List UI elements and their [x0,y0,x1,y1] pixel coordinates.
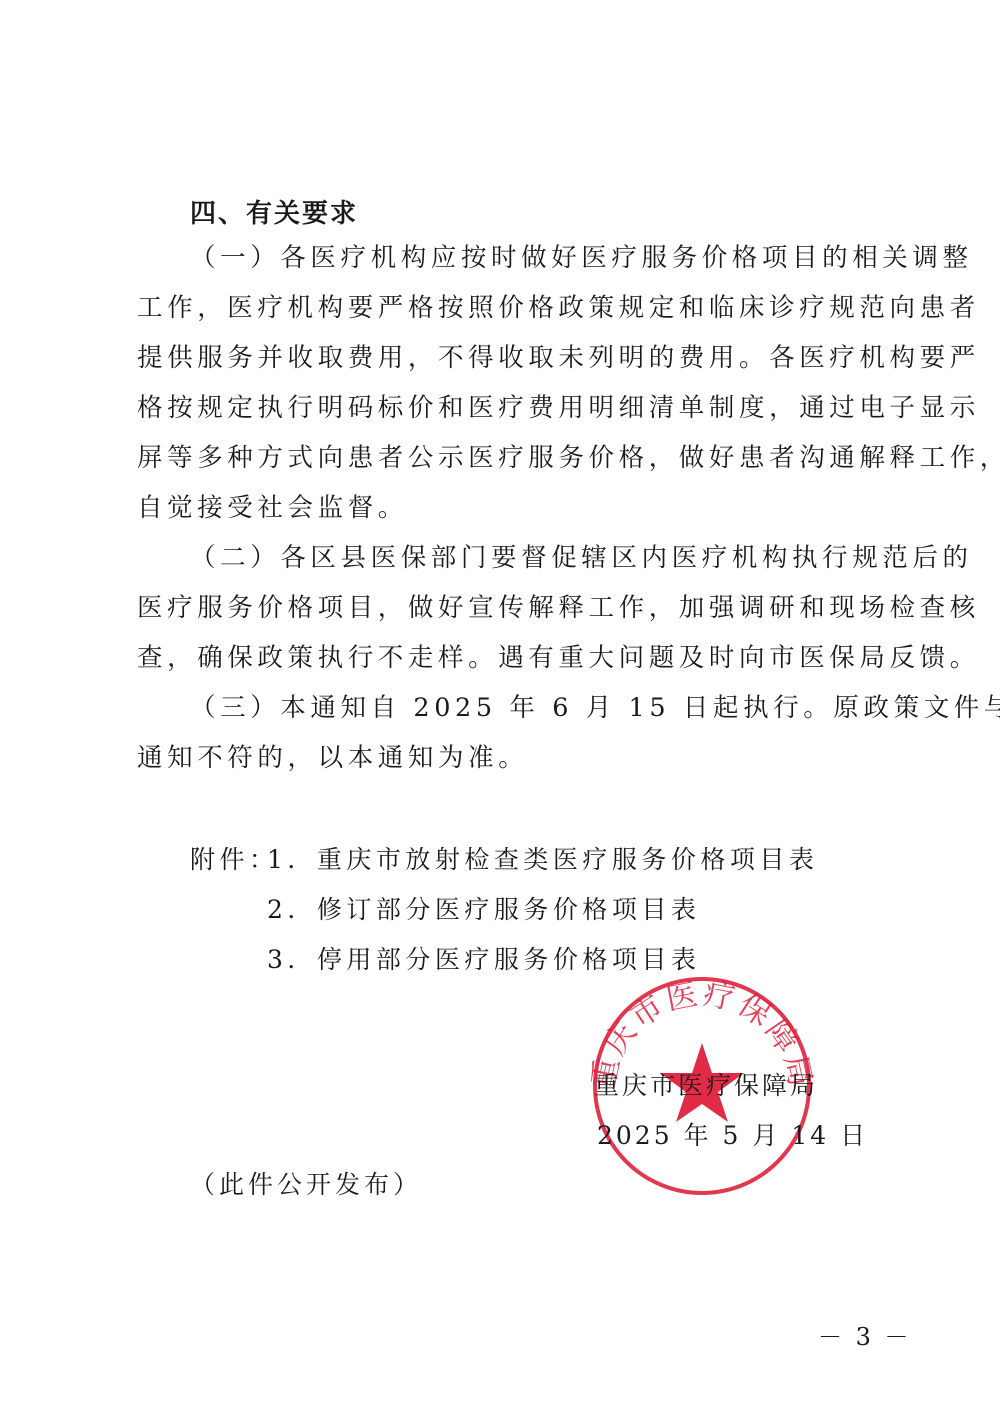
paragraph-3-line-1: （三）本通知自 2025 年 6 月 15 日起执行。原政策文件与本 [190,693,930,723]
attachment-item-3: 3．停用部分医疗服务价格项目表 [267,945,700,975]
issuer-name: 重庆市医疗保障局 [594,1066,818,1102]
paragraph-1-line-5: 屏等多种方式向患者公示医疗服务价格，做好患者沟通解释工作， [137,443,877,473]
paragraph-2-line-2: 医疗服务价格项目，做好宣传解释工作，加强调研和现场检查核 [137,593,877,623]
page-number: － 3 － [818,1317,912,1352]
paragraph-1-line-1: （一）各医疗机构应按时做好医疗服务价格项目的相关调整 [190,243,930,273]
paragraph-3-line-2: 通知不符的，以本通知为准。 [137,743,877,773]
paragraph-1-line-6: 自觉接受社会监督。 [137,493,877,523]
paragraph-1-line-4: 格按规定执行明码标价和医疗费用明细清单制度，通过电子显示 [137,393,877,423]
issue-date: 2025 年 5 月 14 日 [597,1116,868,1152]
attachment-item-2: 2．修订部分医疗服务价格项目表 [267,895,700,925]
paragraph-1-line-3: 提供服务并收取费用，不得收取未列明的费用。各医疗机构要严 [137,343,877,373]
paragraph-2-line-3: 查，确保政策执行不走样。遇有重大问题及时向市医保局反馈。 [137,643,877,673]
section-heading: 四、有关要求 [190,193,358,230]
public-release-note: （此件公开发布） [190,1165,422,1201]
paragraph-1-line-2: 工作，医疗机构要严格按照价格政策规定和临床诊疗规范向患者 [137,293,877,323]
attachments-label: 附件： [190,845,279,875]
paragraph-2-line-1: （二）各区县医保部门要督促辖区内医疗机构执行规范后的 [190,543,930,573]
attachment-item-1: 1．重庆市放射检查类医疗服务价格项目表 [267,845,818,875]
